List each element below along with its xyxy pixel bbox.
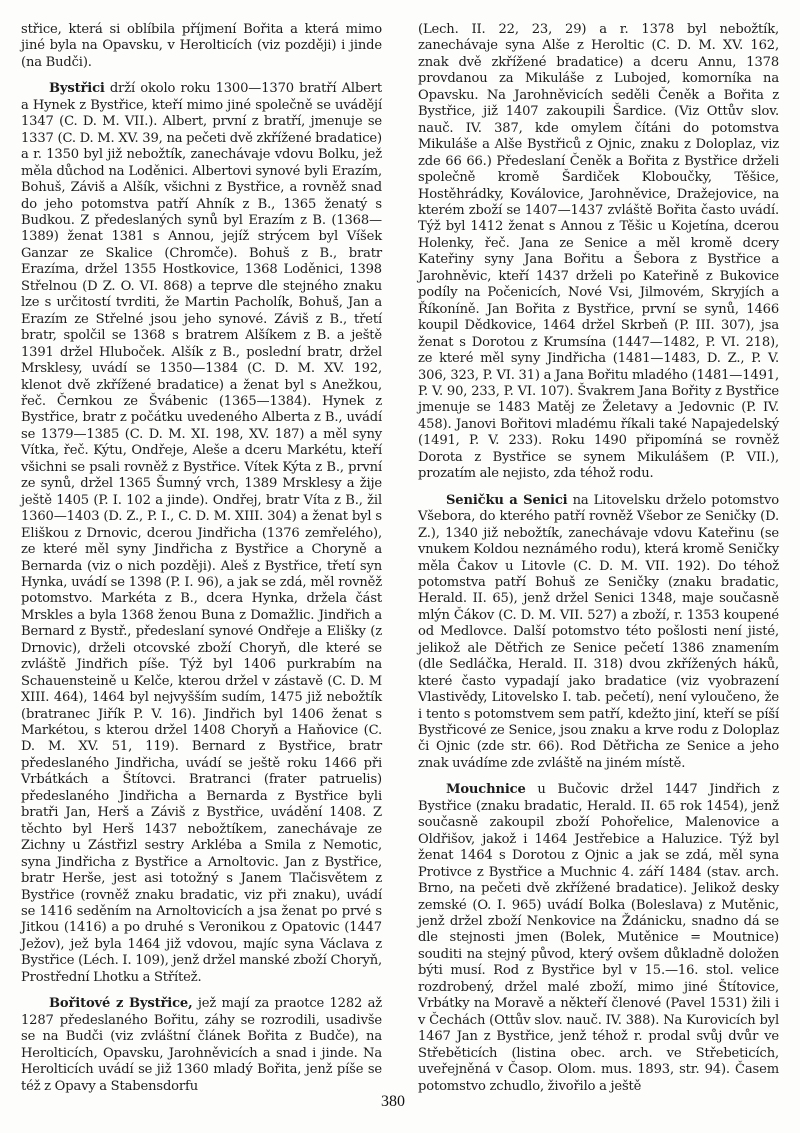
paragraph-mouchnice: Mouchnice u Bučovic držel 1447 Jindřich … — [418, 782, 779, 1095]
page-number: 380 — [381, 1093, 405, 1111]
paragraph-boritove: Bořitové z Bystřice, jež mají za praotce… — [21, 996, 382, 1095]
left-column: střice, která si oblíbila příjmení Bořit… — [21, 22, 382, 1095]
paragraph-senicku: Seničku a Senici na Litovelsku drželo po… — [418, 493, 779, 773]
document-page: střice, která si oblíbila příjmení Bořit… — [0, 0, 800, 1133]
paragraph-bystrici: Bystřici drží okolo roku 1300—1370 bratř… — [21, 81, 382, 986]
paragraph-text: střice, která si oblíbila příjmení Bořit… — [21, 22, 382, 70]
section-heading: Mouchnice — [446, 782, 526, 797]
section-heading: Bystřici — [49, 81, 105, 96]
paragraph-continuation: (Lech. II. 22, 23, 29) a r. 1378 byl neb… — [418, 22, 779, 483]
paragraph-text: na Litovelsku drželo potomstvo Všebora, … — [418, 493, 779, 771]
paragraph-continuation: střice, která si oblíbila příjmení Bořit… — [21, 22, 382, 71]
section-heading: Seničku a Senici — [446, 493, 567, 508]
right-column: (Lech. II. 22, 23, 29) a r. 1378 byl neb… — [418, 22, 779, 1095]
paragraph-text: drží okolo roku 1300—1370 bratří Albert … — [21, 81, 382, 984]
paragraph-text: (Lech. II. 22, 23, 29) a r. 1378 byl neb… — [418, 22, 779, 481]
section-heading: Bořitové z Bystřice, — [49, 996, 193, 1011]
paragraph-text: u Bučovic držel 1447 Jindřich z Bystřice… — [418, 782, 779, 1093]
